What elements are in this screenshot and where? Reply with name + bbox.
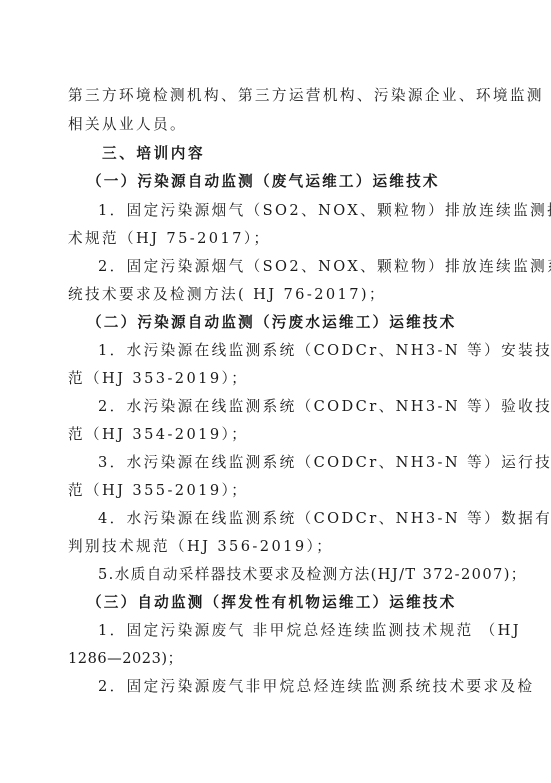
list-item: 5.水质自动采样器技术要求及检测方法(HJ/T 372-2007)； — [98, 561, 510, 589]
body-line: 统技术要求及检测方法( HJ 76-2017)； — [68, 281, 480, 309]
subsection-heading: （三）自动监测（挥发性有机物运维工）运维技术 — [87, 589, 499, 617]
list-item: 2．水污染源在线监测系统（CODCr、NH3-N 等）验收技术规 — [98, 393, 510, 421]
list-item: 1．固定污染源废气 非甲烷总烃连续监测技术规范 （HJ — [98, 617, 510, 645]
list-item: 1．水污染源在线监测系统（CODCr、NH3-N 等）安装技术规 — [98, 337, 510, 365]
body-line: 第三方环境检测机构、第三方运营机构、污染源企业、环境监测 — [68, 82, 480, 110]
list-item: 3．水污染源在线监测系统（CODCr、NH3-N 等）运行技术规 — [98, 449, 510, 477]
body-line: 范（HJ 353-2019）； — [68, 365, 480, 393]
body-line: 范（HJ 354-2019）； — [68, 421, 480, 449]
list-item: 1．固定污染源烟气（SO2、NOX、颗粒物）排放连续监测技 — [98, 197, 510, 225]
list-item: 2．固定污染源废气非甲烷总烃连续监测系统技术要求及检 — [98, 673, 510, 701]
subsection-heading: （二）污染源自动监测（污废水运维工）运维技术 — [87, 309, 499, 337]
body-line: 术规范（HJ 75-2017）； — [68, 225, 480, 253]
list-item: 2．固定污染源烟气（SO2、NOX、颗粒物）排放连续监测系 — [98, 253, 510, 281]
body-line: 范（HJ 355-2019）； — [68, 477, 480, 505]
section-heading: 三、培训内容 — [102, 140, 514, 168]
body-line: 判别技术规范（HJ 356-2019）； — [68, 533, 480, 561]
list-item: 4．水污染源在线监测系统（CODCr、NH3-N 等）数据有效性 — [98, 505, 510, 533]
body-line: 相关从业人员。 — [68, 111, 480, 139]
subsection-heading: （一）污染源自动监测（废气运维工）运维技术 — [87, 168, 499, 196]
body-line: 1286—2023)； — [68, 645, 480, 673]
document-page: 第三方环境检测机构、第三方运营机构、污染源企业、环境监测 相关从业人员。 三、培… — [0, 0, 551, 783]
